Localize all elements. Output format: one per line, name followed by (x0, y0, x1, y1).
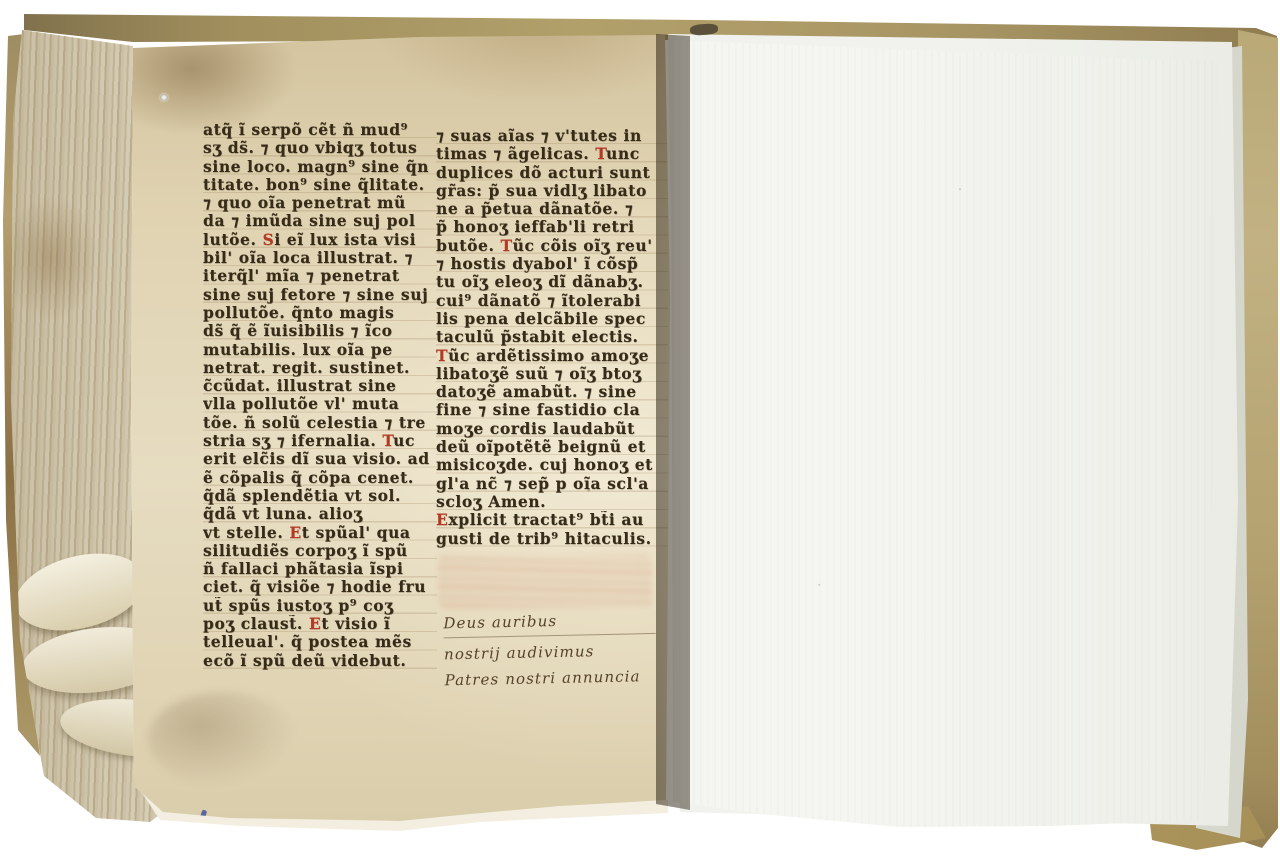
text-line: mutabilis. lux oĩa pe (203, 341, 437, 359)
rubricated-initial: T (436, 347, 448, 365)
text-line: ẽ cõpalis q̃ cõpa cenet. (203, 469, 437, 487)
text-line: vlla pollutõe vl' muta (203, 395, 437, 413)
text-line: gr̃as: p̃ sua vidlʒ libato (436, 182, 668, 200)
text-line: bil' oĩa loca illustrat. ⁊ (203, 249, 437, 267)
rubricated-initial: T (382, 432, 393, 450)
rubricated-initial: T (500, 237, 512, 255)
text-line: misicoʒde. cuj honoʒ et (436, 456, 668, 474)
rubricated-initial: E (289, 524, 301, 542)
text-line: ut̃ spũs iustoʒ p⁹ coʒ (203, 597, 437, 615)
text-line: ecõ ĩ spũ deũ videbut. (203, 652, 437, 670)
text-line: Deus auribus (443, 606, 656, 638)
text-line: lutõe. Si eĩ lux ista visi (203, 231, 437, 249)
text-line: ne a p̃etua dãnatõe. ⁊ (436, 200, 668, 218)
text-line: Explicit tractat⁹ bt̃i au (436, 511, 668, 529)
text-line: ⁊ suas aĩas ⁊ v'tutes in (436, 127, 668, 145)
text-line: ⁊ quo oĩa penetrat mũ (203, 194, 437, 212)
text-line: ciet. q̃ visiõe ⁊ hodie fru (203, 578, 437, 596)
photograph-open-manuscript-book: atq̃ ĩ serpõ cẽt ñ mud⁹sʒ ds̃. ⁊ quo vbi… (0, 0, 1280, 860)
text-line: q̃dã vt luna. alioʒ (203, 505, 437, 523)
text-line: libatoʒẽ suũ ⁊ oĩʒ btoʒ (436, 365, 668, 383)
text-line: sine suj fetore ⁊ sine suj (203, 286, 437, 304)
text-line: ñ fallaci phãtasia ĩspi (203, 560, 437, 578)
text-line: scloʒ Amen. (436, 493, 668, 511)
text-line: taculũ p̃stabit electis. (436, 328, 668, 346)
rubricated-initial: S (263, 231, 275, 249)
text-line: sine loco. magn⁹ sine q̃n (203, 158, 437, 176)
text-line: tu oĩʒ eleoʒ dĩ dãnabʒ. (436, 273, 668, 291)
text-line: telleual'. q̃ postea mẽs (203, 633, 437, 651)
text-line: lis pena delcãbile spec (436, 310, 668, 328)
text-line: Tũc ardẽtissimo amoʒe (436, 347, 668, 365)
text-line: Patres nostri annuncia (444, 663, 670, 694)
rubricated-initial: T (595, 145, 606, 163)
text-line: vt stelle. Et spũal' qua (203, 524, 437, 542)
text-column-left: atq̃ ĩ serpõ cẽt ñ mud⁹sʒ ds̃. ⁊ quo vbi… (203, 121, 437, 671)
text-line: netrat. regit. sustinet. (203, 359, 437, 377)
text-line: datoʒẽ amabũt. ⁊ sine (436, 383, 668, 401)
text-line: sʒ ds̃. ⁊ quo vbiqʒ totus (203, 139, 437, 157)
text-line: fine ⁊ sine fastidio cla (436, 401, 668, 419)
text-line: timas ⁊ ãgelicas. Tunc (436, 145, 668, 163)
text-line: c̃cũdat. illustrat sine (203, 377, 437, 395)
text-line: atq̃ ĩ serpõ cẽt ñ mud⁹ (203, 121, 437, 139)
erased-rubric-smudge (438, 554, 652, 608)
rubricated-initial: E (309, 615, 321, 633)
text-line: deũ oĩpotẽtẽ beignũ et (436, 438, 668, 456)
text-column-right: ⁊ suas aĩas ⁊ v'tutes intimas ⁊ ãgelicas… (436, 127, 668, 549)
wormhole (160, 94, 168, 101)
text-line: ⁊ hostis dyabol' ĩ cõsp̃ (436, 255, 668, 273)
text-line: tõe. ñ solũ celestia ⁊ tre (203, 414, 437, 432)
text-line: duplices dõ acturi sunt (436, 164, 668, 182)
text-line: cui⁹ dãnatõ ⁊ ĩtolerabi (436, 292, 668, 310)
text-line: butõe. Tũc cõis oĩʒ reu' (436, 237, 668, 255)
text-line: moʒe cordis laudabũt (436, 420, 668, 438)
text-line: poʒ claust̃. Et visio ĩ (203, 615, 437, 633)
text-line: silitudiẽs corpoʒ ĩ spũ (203, 542, 437, 560)
text-line: iterq̃l' mĩa ⁊ penetrat (203, 267, 437, 285)
text-line: stria sʒ ⁊ ifernalia. Tuc (203, 432, 437, 450)
text-line: gl'a nc̃ ⁊ sep̃ p oĩa scl'a (436, 475, 668, 493)
text-line: da ⁊ imũda sine suj pol (203, 212, 437, 230)
rubricated-initial: E (436, 511, 448, 529)
text-line: ds̃ q̃ ẽ ĩuisibilis ⁊ ĩco (203, 322, 437, 340)
text-line: titate. bon⁹ sine q̃litate. (203, 176, 437, 194)
cursive-annotation: Deus auribusnostrij audivimusPatres nost… (443, 606, 671, 694)
text-line: p̃ honoʒ ieffab'li retri (436, 218, 668, 236)
text-line: q̃dã splendẽtia vt sol. (203, 487, 437, 505)
text-line: pollutõe. q̃nto magis (203, 304, 437, 322)
text-line: erit elc̃is dĩ sua visio. ad (203, 450, 437, 468)
text-line: gusti de trib⁹ hitaculis. (436, 530, 668, 548)
corner-fold-shadow (148, 692, 298, 787)
